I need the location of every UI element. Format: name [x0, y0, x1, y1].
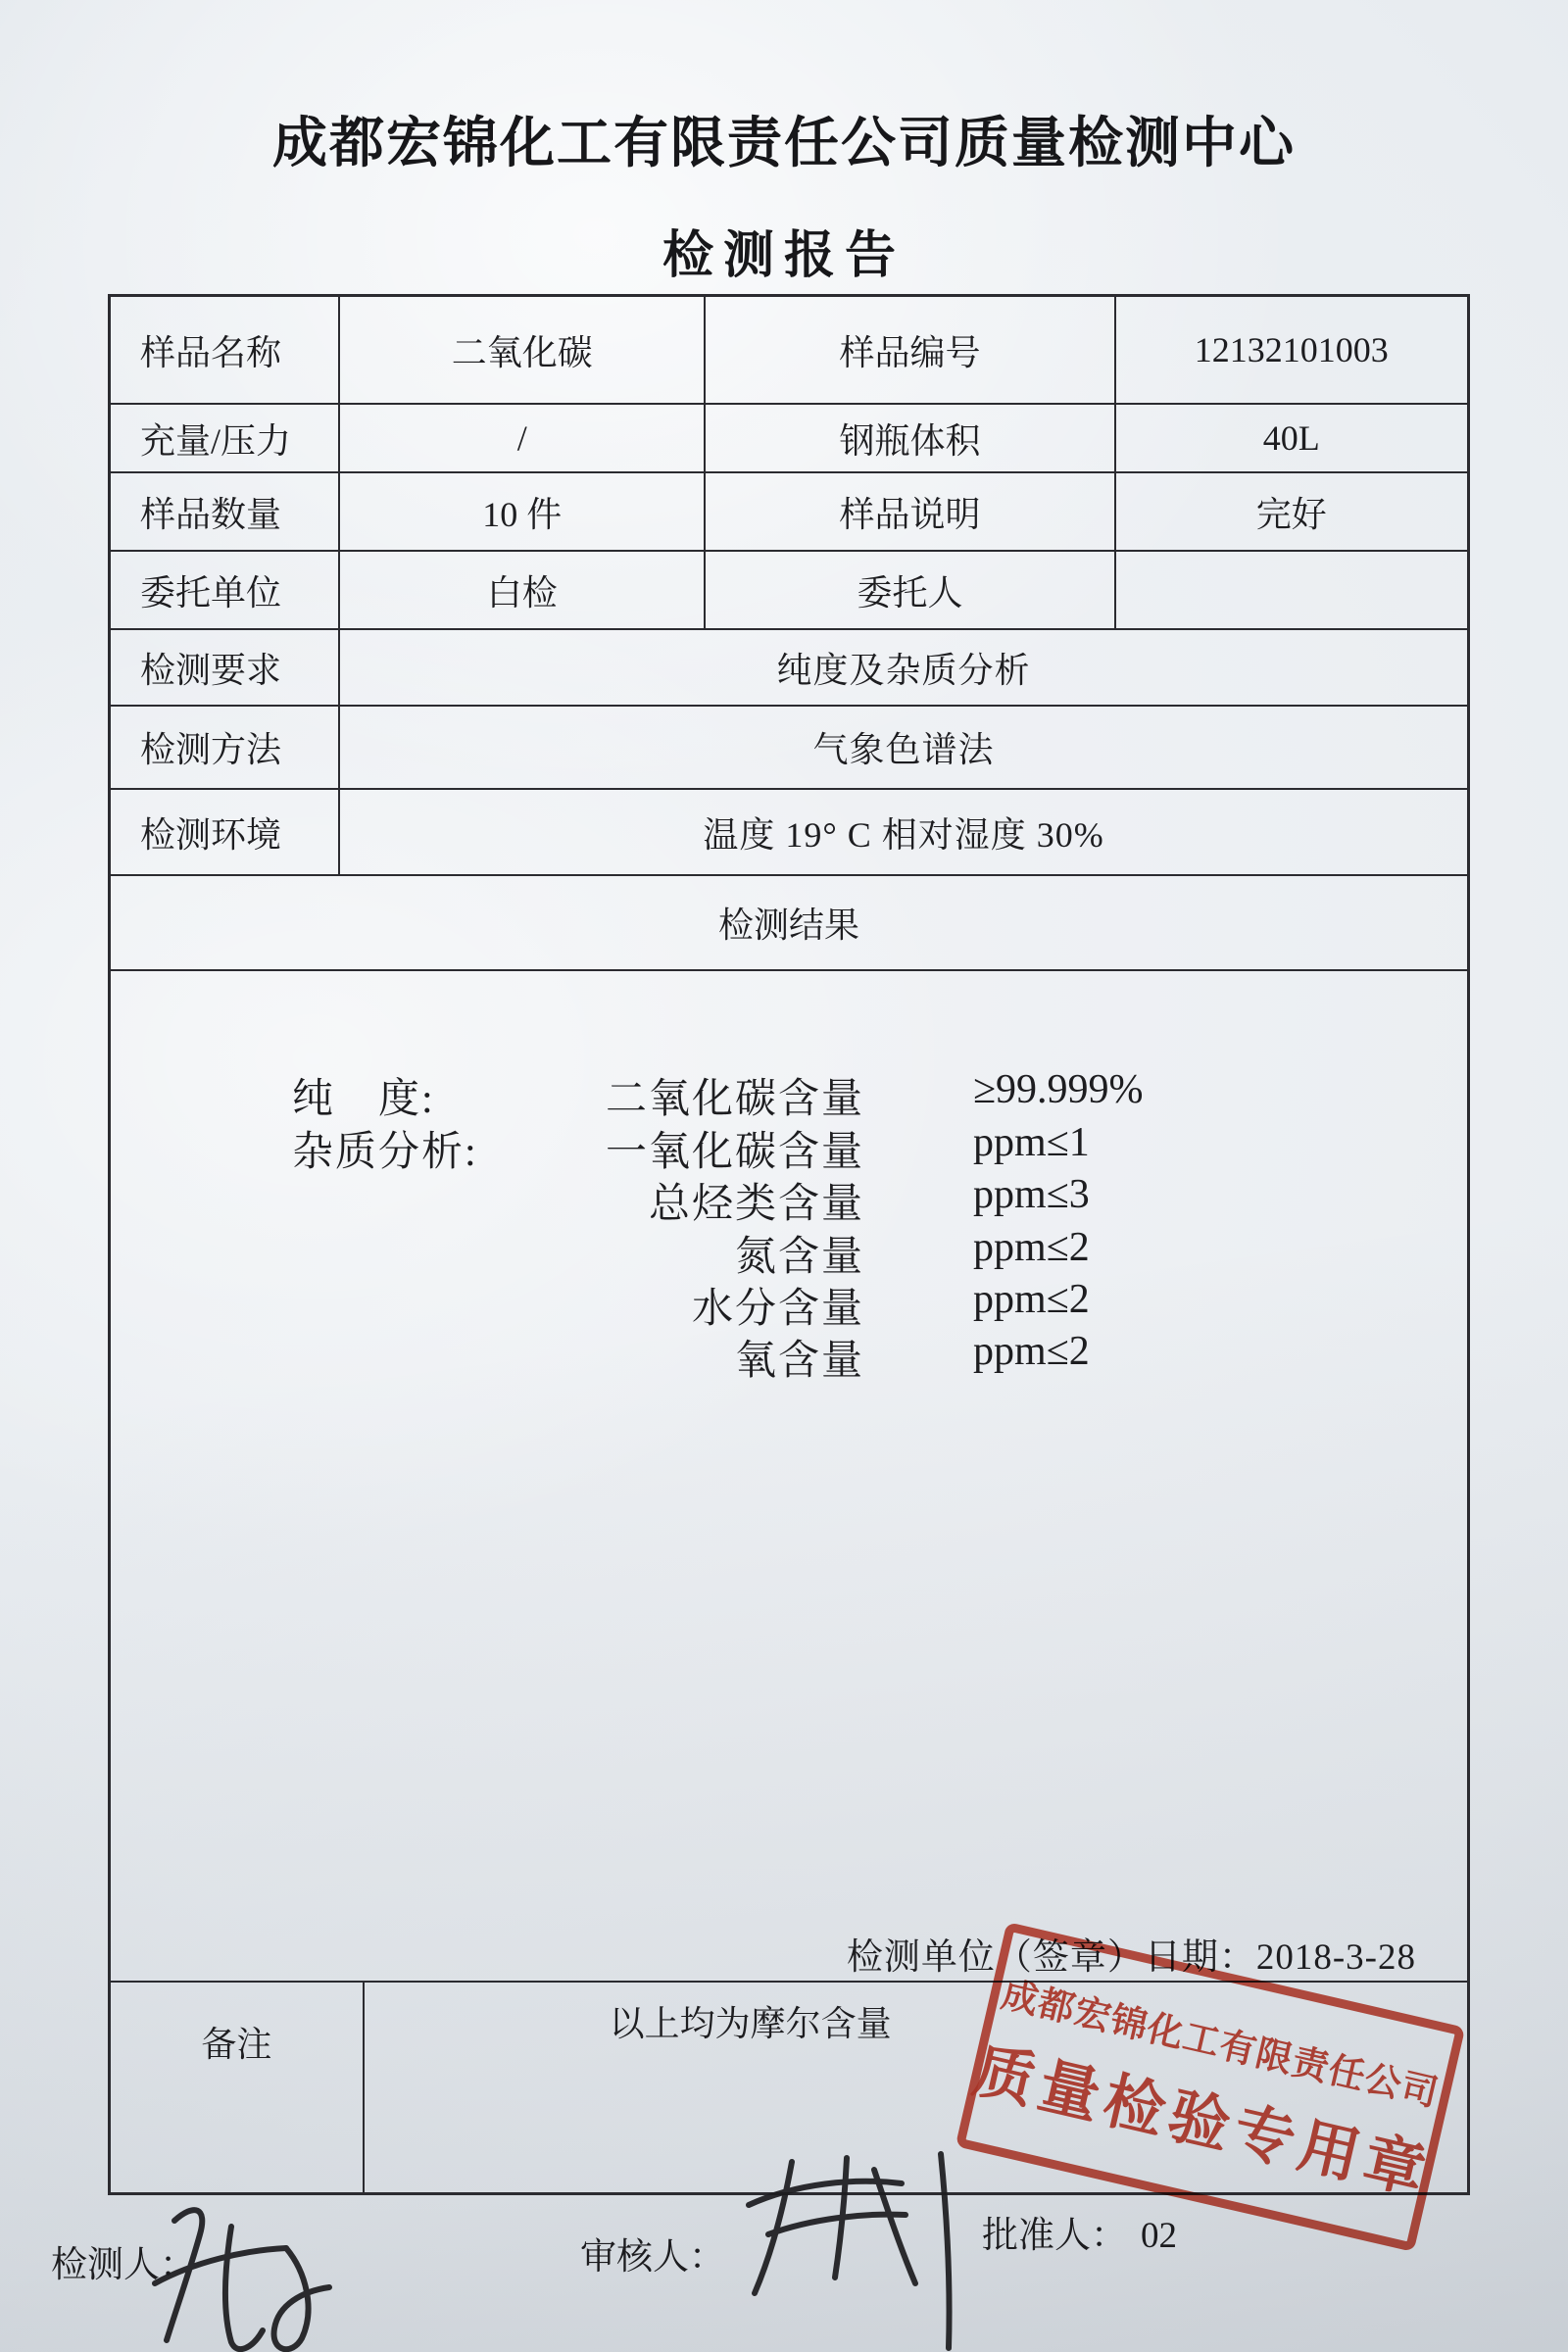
client-person-label: 委托人 — [706, 552, 1115, 628]
sample-description-value: 完好 — [1116, 473, 1467, 550]
result-value: ppm≤2 — [973, 1328, 1090, 1375]
org-title: 成都宏锦化工有限责任公司质量检测中心 — [0, 100, 1568, 178]
results-cell: 纯 度: 二氧化碳含量 ≥99.999% 杂质分析: 一氧化碳含量 ppm≤1 … — [111, 971, 1467, 1981]
approver-value: 02 — [1141, 2216, 1177, 2256]
report-table: 样品名称 二氧化碳 样品编号 12132101003 充量/压力 / 钢瓶体积 … — [108, 294, 1470, 2195]
reviewer-field: 审核人： — [580, 2227, 725, 2279]
test-environment-value: 温度 19° C 相对湿度 30% — [340, 790, 1467, 874]
result-item: 水分含量 — [692, 1276, 864, 1335]
approver-label: 批准人： — [982, 2216, 1127, 2256]
result-line-nitrogen: 氮含量 ppm≤2 — [111, 1224, 1467, 1277]
reviewer-signature — [727, 2144, 992, 2352]
sample-quantity-label: 样品数量 — [111, 473, 340, 550]
sample-number-value: 12132101003 — [1116, 297, 1467, 403]
cylinder-volume-label: 钢瓶体积 — [706, 405, 1115, 471]
result-line-moisture: 水分含量 ppm≤2 — [111, 1276, 1467, 1329]
result-value: ppm≤2 — [973, 1224, 1090, 1271]
table-row-fill-pressure: 充量/压力 / 钢瓶体积 40L — [111, 405, 1467, 473]
result-item: 二氧化碳含量 — [606, 1066, 864, 1125]
table-row-sample-quantity: 样品数量 10 件 样品说明 完好 — [111, 473, 1467, 552]
test-method-label: 检测方法 — [111, 707, 340, 788]
sample-description-label: 样品说明 — [706, 473, 1115, 550]
table-row-test-environment: 检测环境 温度 19° C 相对湿度 30% — [111, 790, 1467, 876]
result-value: ppm≤1 — [973, 1119, 1090, 1166]
client-unit-value: 白检 — [340, 552, 706, 628]
table-row-test-method: 检测方法 气象色谱法 — [111, 707, 1467, 790]
test-environment-label: 检测环境 — [111, 790, 340, 874]
result-item: 一氧化碳含量 — [606, 1119, 864, 1178]
report-title: 检测报告 — [0, 214, 1568, 287]
table-row-test-requirement: 检测要求 纯度及杂质分析 — [111, 630, 1467, 707]
tester-signature — [137, 2193, 348, 2352]
client-person-value — [1116, 552, 1467, 628]
approver-field: 批准人：02 — [982, 2205, 1177, 2258]
cylinder-volume-value: 40L — [1116, 405, 1467, 471]
result-value: ppm≤3 — [973, 1171, 1090, 1218]
fill-pressure-value: / — [340, 405, 706, 471]
result-value: ≥99.999% — [973, 1066, 1144, 1113]
document-photo: 成都宏锦化工有限责任公司质量检测中心 检测报告 样品名称 二氧化碳 样品编号 1… — [0, 0, 1568, 2352]
result-line-oxygen: 氧含量 ppm≤2 — [111, 1328, 1467, 1381]
table-row-sample-name: 样品名称 二氧化碳 样品编号 12132101003 — [111, 297, 1467, 405]
test-method-value: 气象色谱法 — [340, 707, 1467, 788]
sample-name-label: 样品名称 — [111, 297, 340, 403]
table-row-client: 委托单位 白检 委托人 — [111, 552, 1467, 630]
sample-number-label: 样品编号 — [706, 297, 1115, 403]
table-row-results: 纯 度: 二氧化碳含量 ≥99.999% 杂质分析: 一氧化碳含量 ppm≤1 … — [111, 971, 1467, 1983]
reviewer-label: 审核人： — [580, 2237, 725, 2278]
purity-label: 纯 度: — [292, 1066, 435, 1125]
test-requirement-value: 纯度及杂质分析 — [340, 630, 1467, 705]
result-line-purity: 纯 度: 二氧化碳含量 ≥99.999% — [111, 1066, 1467, 1119]
sample-quantity-value: 10 件 — [340, 473, 706, 550]
result-value: ppm≤2 — [973, 1276, 1090, 1323]
results-header: 检测结果 — [111, 876, 1467, 969]
fill-pressure-label: 充量/压力 — [111, 405, 340, 471]
result-line-hydrocarbons: 总烃类含量 ppm≤3 — [111, 1171, 1467, 1224]
result-item: 氮含量 — [735, 1224, 864, 1283]
impurity-label: 杂质分析: — [292, 1119, 478, 1178]
sample-name-value: 二氧化碳 — [340, 297, 706, 403]
result-item: 总烃类含量 — [649, 1171, 864, 1230]
result-item: 氧含量 — [735, 1328, 864, 1387]
test-requirement-label: 检测要求 — [111, 630, 340, 705]
client-unit-label: 委托单位 — [111, 552, 340, 628]
result-line-co: 杂质分析: 一氧化碳含量 ppm≤1 — [111, 1119, 1467, 1172]
remark-label: 备注 — [111, 1983, 365, 2192]
table-row-results-header: 检测结果 — [111, 876, 1467, 971]
